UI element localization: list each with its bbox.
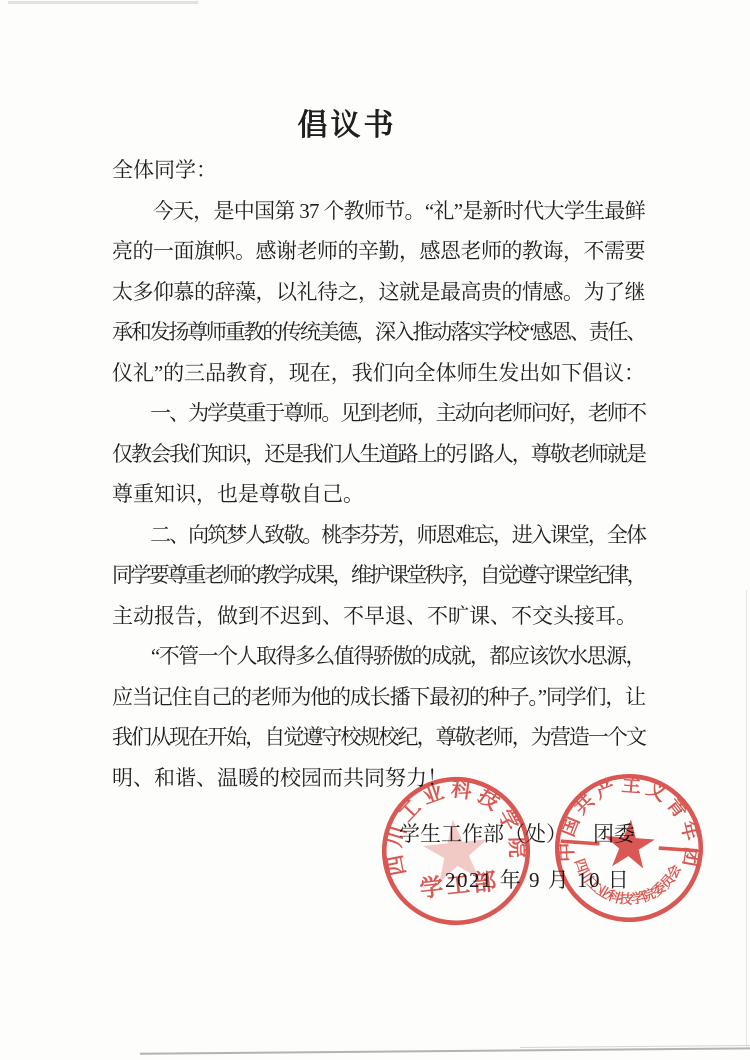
document-body: 全体同学： 今天，是中国第 37 个教师节。“礼”是新时代大学生最鲜亮的一面旗帜… [112,150,645,798]
seal-right-bar [659,848,698,851]
paragraph-2-line-2: 仅教会我们知识，还是我们人生道路上的引路人，尊敬老师就是 [112,434,645,475]
scan-artifact-top [8,1,198,4]
paragraph-2-line-3: 尊重知识，也是尊敬自己。 [112,474,645,515]
document-date: 2021 年 9 月 10 日 [445,864,630,894]
signature-committee: 团委 [593,818,635,848]
page-title: 倡议书 [0,100,694,144]
scan-artifact-right-edge [746,590,747,1050]
paragraph-1-line-1: 今天，是中国第 37 个教师节。“礼”是新时代大学生最鲜 [112,191,645,232]
paragraph-2-line-1: 一、为学莫重于尊师。见到老师，主动向老师问好，老师不 [112,393,645,434]
scanned-proposal-page: 倡议书 全体同学： 今天，是中国第 37 个教师节。“礼”是新时代大学生最鲜亮的… [0,0,750,1060]
paragraph-4-line-4: 明、和谐、温暖的校园而共同努力！ [112,758,645,799]
signature-department: 学生工作部（处） [399,818,567,848]
paragraph-1-line-2: 亮的一面旗帜。感谢老师的辛勤，感恩老师的教诲，不需要 [112,231,645,272]
signature-row: 学生工作部（处） 团委 [399,818,635,848]
paragraph-1-line-3: 太多仰慕的辞藻，以礼待之，这就是最高贵的情感。为了继 [112,272,645,313]
scan-artifact-bottom-edge [140,1047,750,1054]
paragraph-1-line-4: 承和发扬尊师重教的传统美德，深入推动落实学校“感恩、责任、 [112,312,645,353]
paragraph-4-line-1: “不管一个人取得多么值得骄傲的成就，都应该饮水思源， [112,636,645,677]
paragraph-3-line-3: 主动报告，做到不迟到、不早退、不旷课、不交头接耳。 [112,596,645,637]
salutation: 全体同学： [112,150,645,191]
paragraph-3-line-1: 二、向筑梦人致敬。桃李芬芳，师恩难忘，进入课堂，全体 [112,515,645,556]
paragraph-4-line-2: 应当记住自己的老师为他的成长播下最初的种子。”同学们，让 [112,677,645,718]
paragraph-4-line-3: 我们从现在开始，自觉遵守校规校纪，尊敬老师，为营造一个文 [112,717,645,758]
paragraph-1-line-5: 仪礼”的三品教育，现在，我们向全体师生发出如下倡议： [112,353,645,394]
paragraph-3-line-2: 同学要尊重老师的教学成果，维护课堂秩序，自觉遵守课堂纪律， [112,555,645,596]
